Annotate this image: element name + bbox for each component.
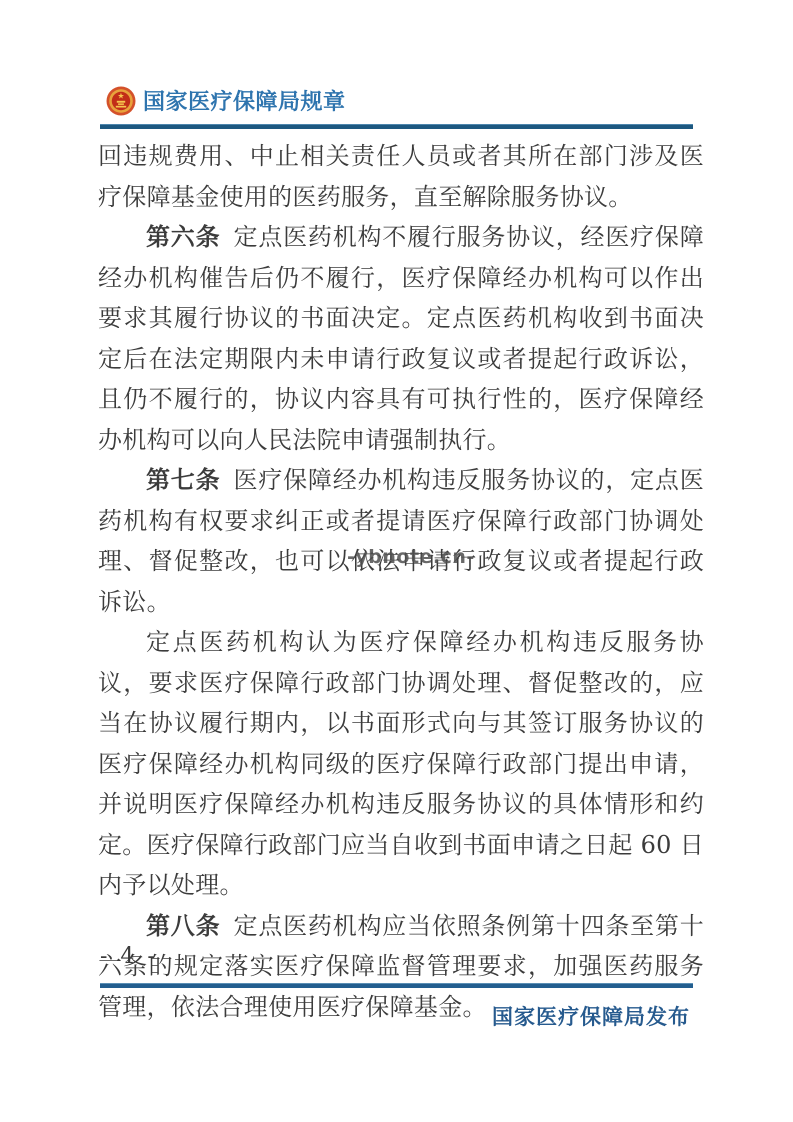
footer-divider [100,983,693,988]
article-number: 第六条 [146,222,220,251]
svg-text:★: ★ [117,92,124,101]
document-body: 回违规费用、中止相关责任人员或者其所在部门涉及医疗保障基金使用的医药服务，直至解… [98,136,704,1027]
paragraph-text: 定点医药机构不履行服务协议，经医疗保障经办机构催告后仍不履行，医疗保障经办机构可… [98,223,704,454]
watermark: -ybnote.cn- [347,546,475,568]
article-number: 第八条 [146,911,220,940]
paragraph: 定点医药机构认为医疗保障经办机构违反服务协议，要求医疗保障行政部门协调处理、督促… [98,622,704,906]
article-number: 第七条 [146,465,220,494]
paragraph: 回违规费用、中止相关责任人员或者其所在部门涉及医疗保障基金使用的医药服务，直至解… [98,136,704,217]
china-national-emblem-icon: ★ [106,86,136,116]
paragraph: 第六条定点医药机构不履行服务协议，经医疗保障经办机构催告后仍不履行，医疗保障经办… [98,217,704,460]
page-number: - 4 - [100,944,158,969]
header-title: 国家医疗保障局规章 [143,89,346,115]
document-page: ★ 国家医疗保障局规章 回违规费用、中止相关责任人员或者其所在部门涉及医疗保障基… [0,0,793,1122]
header-divider [100,124,693,129]
publisher-label: 国家医疗保障局发布 [492,1001,690,1031]
paragraph-text: 回违规费用、中止相关责任人员或者其所在部门涉及医疗保障基金使用的医药服务，直至解… [98,142,704,211]
paragraph-text: 定点医药机构认为医疗保障经办机构违反服务协议，要求医疗保障行政部门协调处理、督促… [98,628,704,899]
paragraph: 第七条医疗保障经办机构违反服务协议的，定点医药机构有权要求纠正或者提请医疗保障行… [98,460,704,622]
